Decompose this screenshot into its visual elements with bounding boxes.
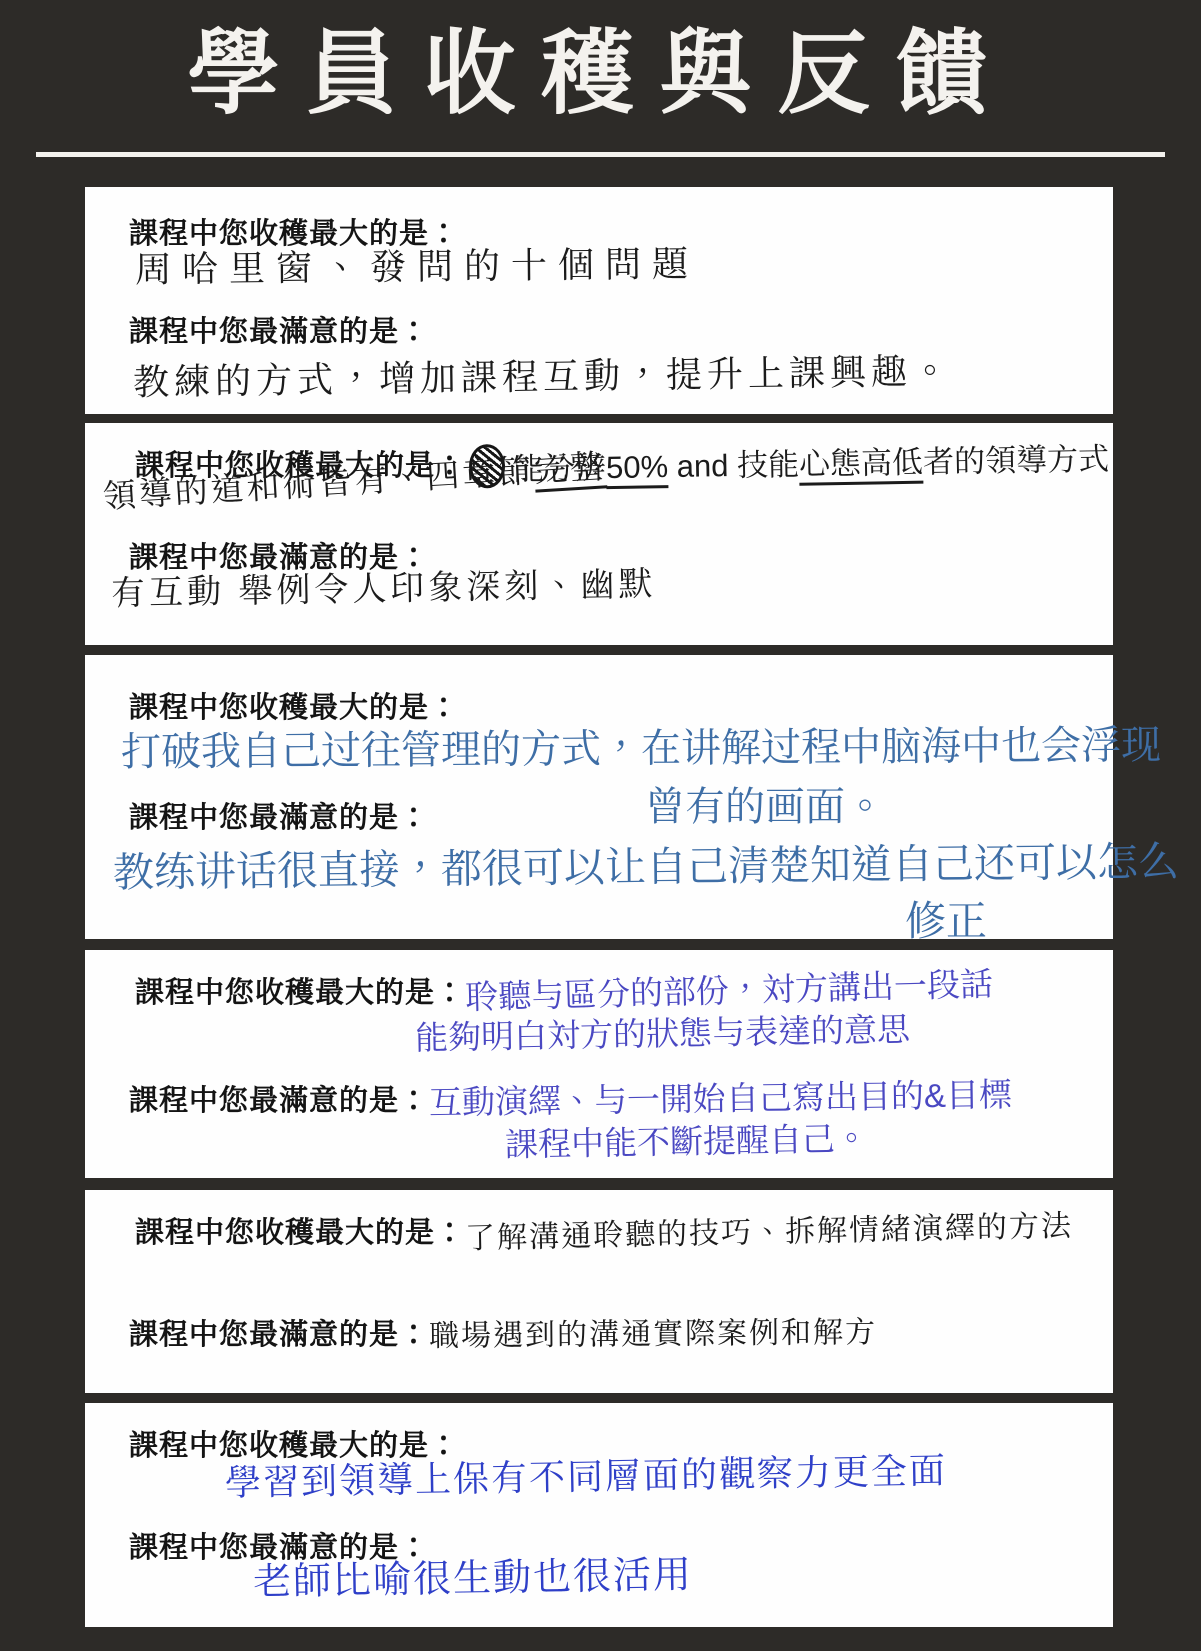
handwritten-answer-satisfaction: 教练讲话很直接，都很可以让自己清楚知道自己还可以怎么 [113, 839, 1179, 895]
page-title: 學員收穫與反饋 [0, 0, 1201, 128]
question-label-gain: 課程中您收穫最大的是： [135, 977, 465, 1009]
answer-segment-underlined: 心態高低 [799, 445, 924, 486]
question-row-gain: 課程中您收穫最大的是：聆聽与區分的部份，対方講出一段話 [135, 970, 993, 1011]
feedback-card-4: 課程中您收穫最大的是：聆聽与區分的部份，対方講出一段話 能夠明白対方的狀態与表達… [85, 950, 1113, 1178]
question-row-satisfaction: 課程中您最滿意的是：互動演繹、与一開始自己寫出目的&目標 [129, 1078, 1012, 1119]
handwritten-answer-satisfaction: 教練的方式，增加課程互動，提升上課興趣。 [133, 351, 953, 402]
feedback-card-6: 課程中您收穫最大的是： 學習到領導上保有不同層面的觀察力更全面 課程中您最滿意的… [85, 1403, 1113, 1627]
handwritten-answer-gain-line2: 能夠明白対方的狀態与表達的意思 [415, 1012, 911, 1057]
question-label-satisfaction: 課程中您最滿意的是： [129, 1085, 429, 1117]
answer-segment: and 技能 [668, 447, 800, 484]
handwritten-answer-gain: 打破我自己过往管理的方式，在讲解过程中脑海中也会浮现 [121, 723, 1161, 774]
question-row-satisfaction: 課程中您最滿意的是：職場遇到的溝通實際案例和解方 [129, 1312, 877, 1353]
question-label-satisfaction: 課程中您最滿意的是： [129, 1319, 429, 1351]
question-label-satisfaction: 課程中您最滿意的是： [129, 309, 429, 350]
feedback-card-3: 課程中您收穫最大的是： 打破我自己过往管理的方式，在讲解过程中脑海中也会浮现 課… [85, 655, 1113, 939]
handwritten-answer-satisfaction: 職場遇到的溝通實際案例和解方 [429, 1316, 877, 1353]
handwritten-answer-satisfaction: 老師比喻很生動也很活用 [253, 1555, 694, 1604]
feedback-card-2: 課程中您收穫最大的是：能分辨50% and 技能心態高低者的領導方式 領導的道和… [85, 423, 1113, 645]
feedback-card-5: 課程中您收穫最大的是：了解溝通聆聽的技巧、拆解情緒演繹的方法 課程中您最滿意的是… [85, 1190, 1113, 1393]
page-header: 學員收穫與反饋 [0, 0, 1201, 187]
handwritten-answer-satisfaction: 互動演繹、与一開始自己寫出目的&目標 [429, 1077, 1012, 1121]
question-label-gain: 課程中您收穫最大的是： [135, 1217, 465, 1249]
question-label-gain: 課程中您收穫最大的是： [129, 685, 459, 726]
question-label-satisfaction: 課程中您最滿意的是： [129, 795, 429, 836]
title-divider [36, 152, 1165, 157]
handwritten-answer-satisfaction: 有互動 舉例令人印象深刻、幽默 [111, 566, 657, 613]
handwritten-answer-gain-line2: 曾有的画面。 [645, 785, 885, 829]
answer-segment: 者的領導方式 [923, 441, 1110, 479]
handwritten-answer-satisfaction-line2: 修正 [905, 899, 987, 944]
answer-segment-underlined: 完整 [533, 447, 607, 492]
handwritten-answer-gain: 了解溝通聆聽的技巧、拆解情緒演繹的方法 [465, 1210, 1074, 1256]
handwritten-answer-gain: 周哈里窗、發問的十個問題 [135, 244, 699, 289]
answer-segment-underlined: 50% [606, 449, 669, 489]
feedback-card-1: 課程中您收穫最大的是： 周哈里窗、發問的十個問題 課程中您最滿意的是： 教練的方… [85, 187, 1113, 414]
handwritten-answer-satisfaction-line2: 課程中能不斷提醒自己。 [505, 1121, 869, 1164]
handwritten-answer-gain: 聆聽与區分的部份，対方講出一段話 [465, 966, 994, 1016]
question-row-gain: 課程中您收穫最大的是：了解溝通聆聽的技巧、拆解情緒演繹的方法 [135, 1210, 1073, 1251]
question-label-gain: 課程中您收穫最大的是： [129, 1423, 459, 1464]
